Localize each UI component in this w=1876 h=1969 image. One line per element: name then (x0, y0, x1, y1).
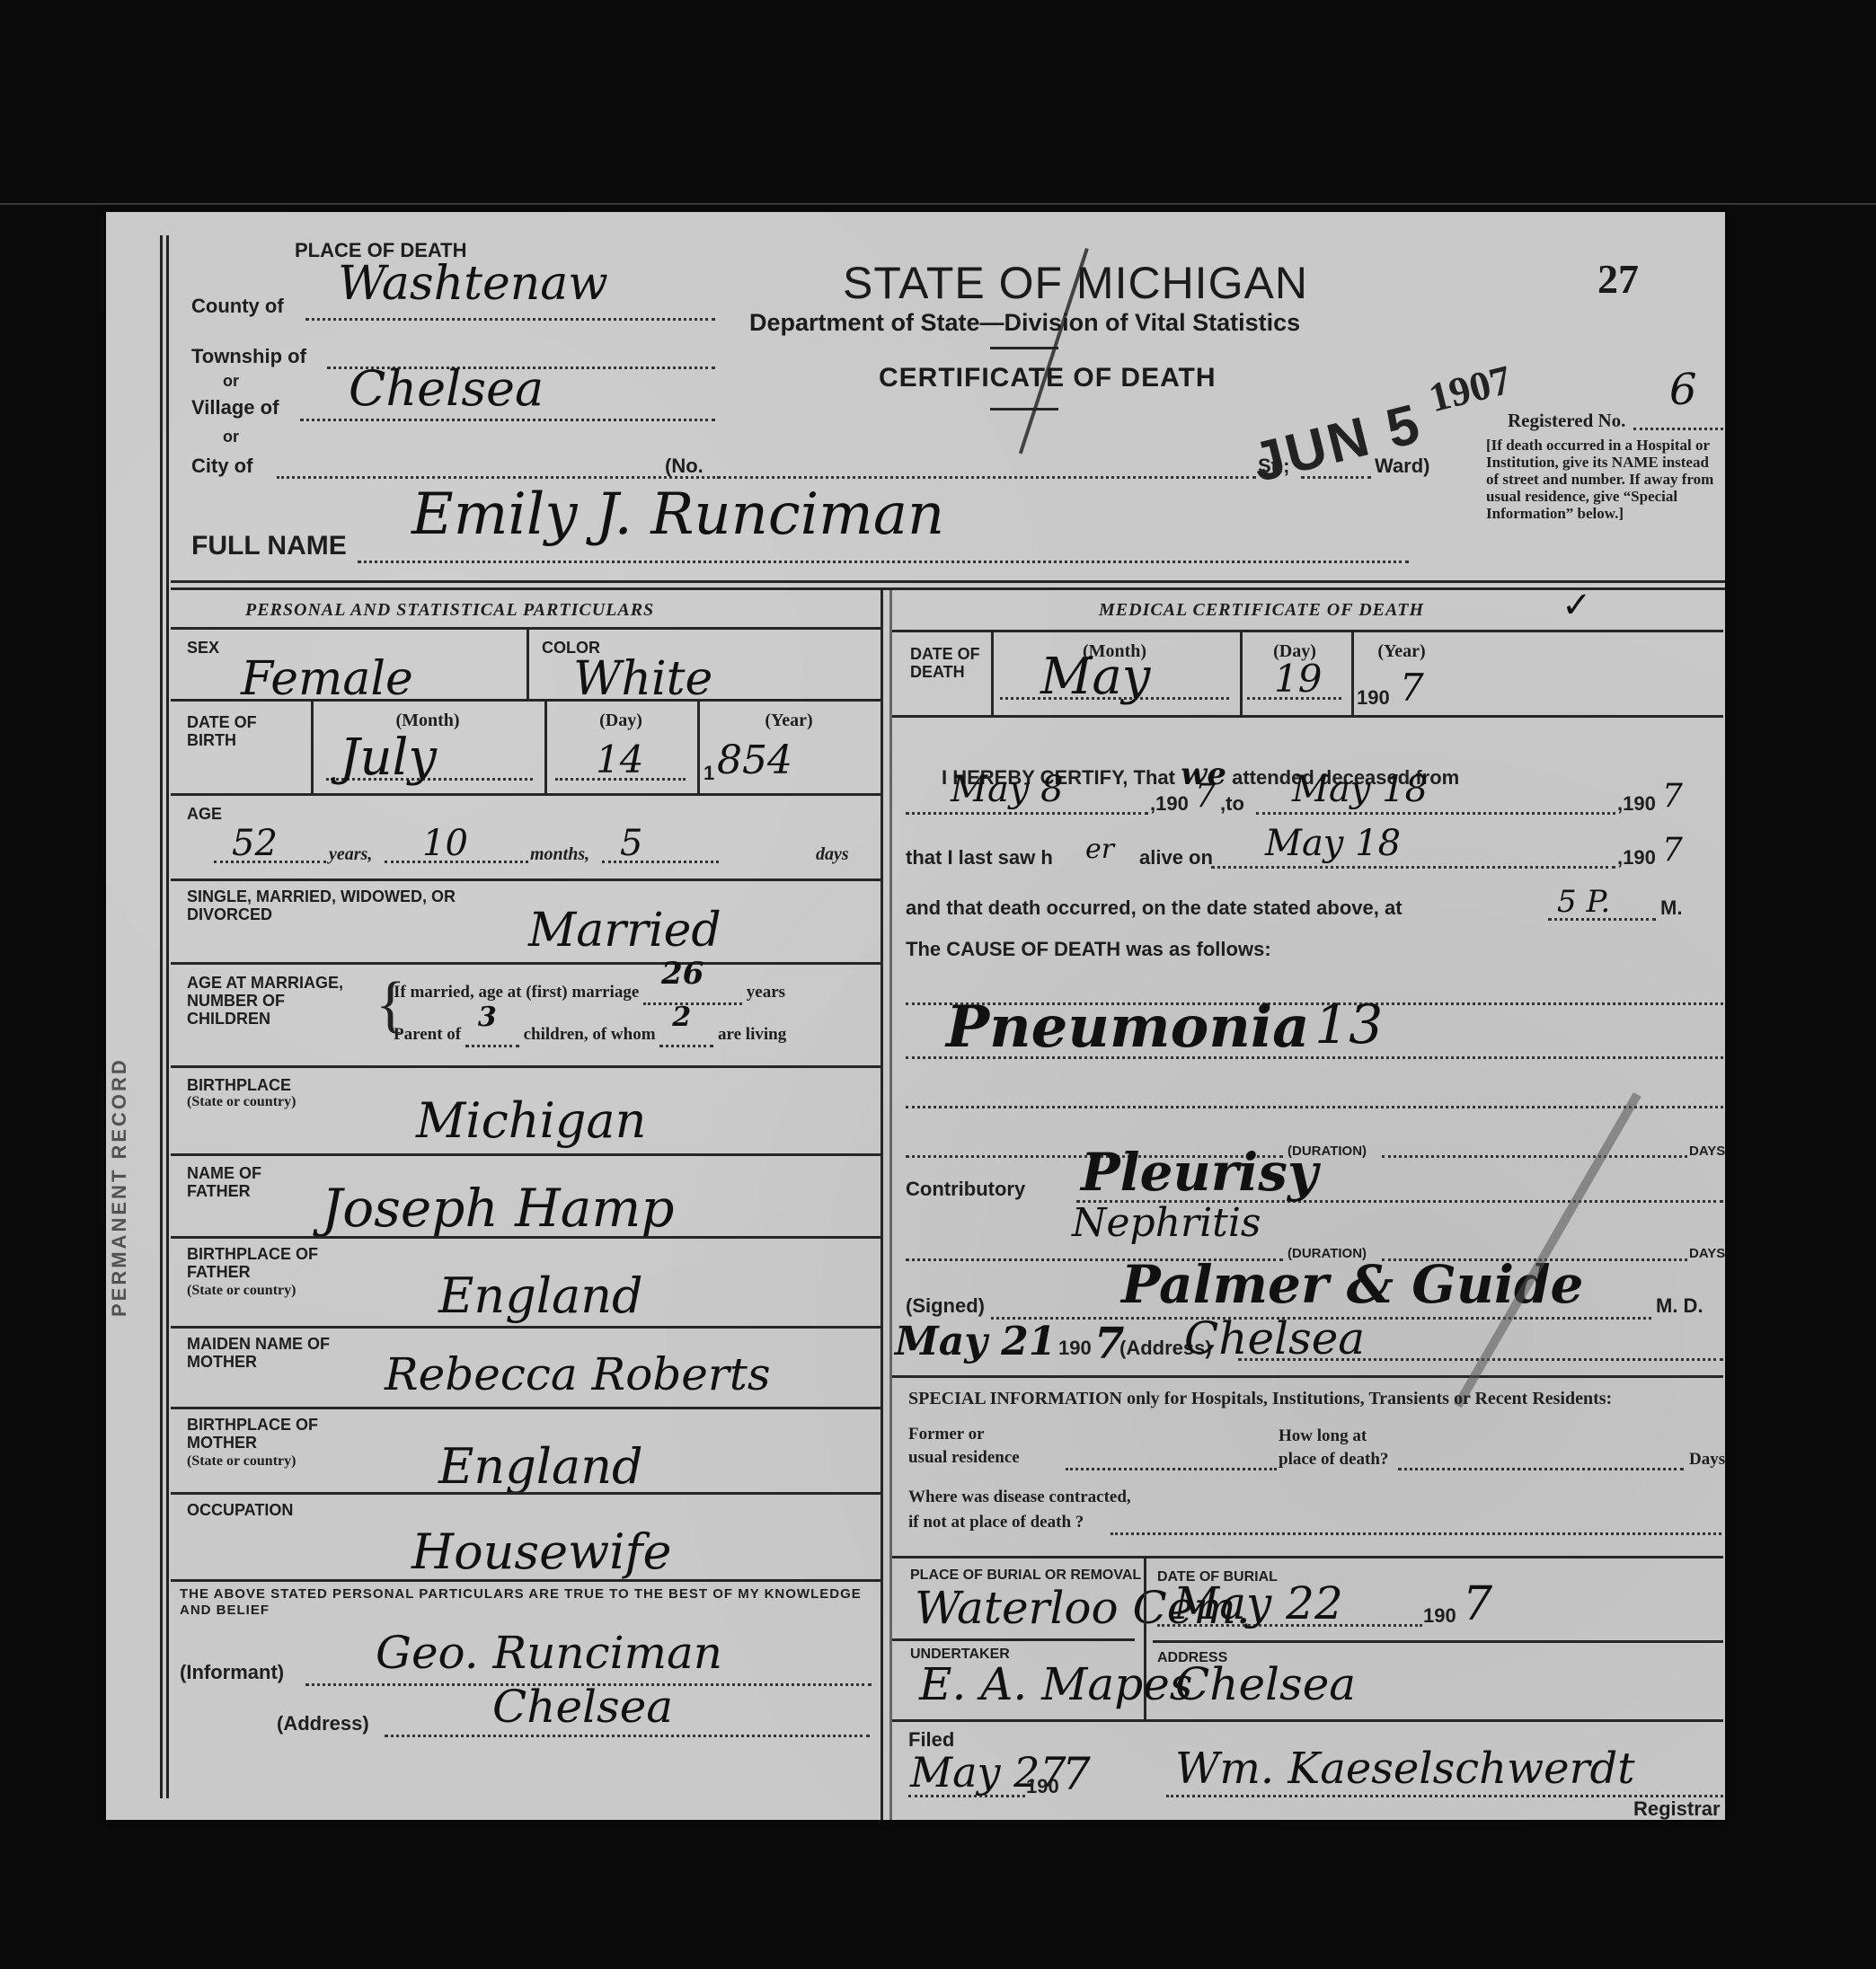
row-rule (171, 879, 880, 881)
county-label: County of (191, 295, 284, 318)
title-rule-bottom (990, 408, 1058, 411)
row-rule (171, 1065, 880, 1068)
signed-date: May 21 (895, 1319, 1056, 1364)
filed-year-prefix: 190 (1026, 1775, 1059, 1798)
row-rule (171, 962, 880, 965)
alive-on-label: alive on (1139, 846, 1213, 870)
how-long-line (1398, 1468, 1684, 1470)
informant-label: (Informant) (180, 1661, 284, 1684)
age-months-value: 10 (422, 823, 468, 864)
row-rule (171, 1492, 880, 1495)
last-saw-year: 7 (1662, 832, 1683, 869)
death-time-meridiem: M. (1660, 896, 1682, 920)
burial-year-prefix: 190 (1423, 1604, 1456, 1628)
how-long-unit: Days (1689, 1450, 1725, 1470)
occupation-label: OCCUPATION (187, 1501, 293, 1519)
sex-value: Female (241, 652, 413, 706)
attended-from-value: May 8 (951, 769, 1064, 810)
column-divider (880, 589, 883, 1820)
registrar-signature: Wm. Kaeselschwerdt (1175, 1744, 1635, 1794)
medical-heading: MEDICAL CERTIFICATE OF DEATH (1099, 600, 1424, 621)
burial-year-value: 7 (1463, 1577, 1492, 1631)
to-label: ,to (1220, 792, 1244, 816)
attended-to-year: 7 (1662, 778, 1683, 815)
city-line (277, 476, 715, 479)
marriage-age-value: 26 (661, 956, 703, 992)
dod-day-value: 19 (1274, 657, 1322, 701)
signed-year-prefix: 190 (1058, 1337, 1092, 1360)
stamp-date: JUN 5 (1246, 392, 1428, 495)
registrar-label: Registrar (1633, 1797, 1721, 1821)
informant-address-line (385, 1735, 870, 1737)
mother-maiden-name-value: Rebecca Roberts (385, 1348, 771, 1400)
registered-no-value: 6 (1669, 365, 1697, 415)
sex-label: SEX (187, 639, 219, 657)
mother-birthplace-label: BIRTHPLACE OF MOTHER (187, 1416, 331, 1452)
dod-month-value: May (1040, 648, 1150, 706)
village-line (300, 419, 715, 421)
how-long-label-1: How long at (1279, 1426, 1367, 1446)
birthplace-hint: (State or country) (187, 1094, 296, 1110)
dob-day-value: 14 (596, 737, 643, 781)
burial-date-value: May 22 (1173, 1577, 1343, 1629)
personal-heading: PERSONAL AND STATISTICAL PARTICULARS (245, 600, 654, 621)
dob-year-prefix: 1 (703, 762, 714, 785)
birthplace-label: BIRTHPLACE (187, 1076, 291, 1094)
township-label: Township of (191, 345, 306, 368)
row-rule (892, 1556, 1723, 1558)
attended-from-year: 7 (1195, 778, 1216, 815)
dod-year-heading: (Year) (1351, 641, 1452, 662)
row-rule (171, 627, 880, 630)
to-text: to (1226, 792, 1244, 815)
age-days-unit: days (816, 844, 849, 865)
row-rule (892, 715, 1723, 718)
row-rule (171, 1326, 880, 1329)
year-prefix: 190 (1623, 792, 1656, 815)
mother-birthplace-hint: (State or country) (187, 1453, 296, 1470)
registered-no-label: Registered No. (1508, 410, 1625, 432)
cause-of-death-value: Pneumonia (946, 993, 1310, 1061)
street-no-label: (No. (665, 455, 703, 478)
row-rule (171, 1153, 880, 1156)
death-time-value: 5 P. (1557, 884, 1610, 920)
father-name-label: NAME OF FATHER (187, 1164, 295, 1200)
column-divider (889, 589, 892, 1820)
informant-value: Geo. Runciman (376, 1627, 722, 1679)
children-count-value: 3 (478, 1002, 497, 1033)
attended-to-year-prefix: ,190 (1617, 792, 1656, 816)
full-name-value: Emily J. Runciman (411, 481, 944, 548)
row-rule (171, 1579, 880, 1582)
row-rule (892, 630, 1723, 632)
disease-contracted-label-2: if not at place of death ? (908, 1513, 1084, 1532)
dob-year-value: 854 (717, 737, 792, 783)
filed-year-value: 7 (1062, 1748, 1091, 1800)
title-rule-top (990, 347, 1058, 349)
days-label: DAYS (1689, 1245, 1725, 1263)
marital-status-label: SINGLE, MARRIED, WIDOWED, OR DIVORCED (187, 887, 456, 923)
color-value: White (573, 652, 712, 706)
contributory-value-1: Pleurisy (1081, 1142, 1318, 1203)
occupation-value: Housewife (411, 1523, 672, 1580)
or-text: or (223, 428, 239, 446)
former-residence-line (1066, 1468, 1277, 1470)
former-residence-label-1: Former or (908, 1425, 985, 1444)
contributory-label: Contributory (906, 1178, 1025, 1201)
mother-birthplace-value: England (438, 1438, 643, 1495)
age-months-unit: months, (530, 844, 589, 865)
marriage-age-unit: years (747, 983, 785, 1002)
age-at-marriage-label: AGE AT MARRIAGE, NUMBER OF CHILDREN (187, 974, 367, 1028)
attended-to-line (1256, 812, 1615, 815)
last-saw-label: that I last saw h (906, 846, 1053, 870)
cell-divider (527, 627, 529, 699)
village-value: Chelsea (349, 360, 544, 417)
section-rule (171, 587, 1725, 590)
children-text: Parent of 3 children, of whom 2 are livi… (394, 1025, 786, 1047)
marriage-age-prefix: If married, age at (first) marriage (394, 983, 639, 1002)
last-saw-date: May 18 (1265, 823, 1401, 864)
or-text: or (223, 372, 239, 390)
row-rule (892, 1719, 1723, 1722)
age-days-value: 5 (620, 823, 642, 864)
undertaker-address-value: Chelsea (1175, 1658, 1356, 1710)
how-long-label-2: place of death? (1279, 1450, 1388, 1470)
attestation-text: THE ABOVE STATED PERSONAL PARTICULARS AR… (180, 1586, 880, 1619)
dob-month-value: July (340, 728, 437, 787)
father-birthplace-hint: (State or country) (187, 1283, 296, 1299)
last-saw-line (1211, 866, 1615, 869)
mother-maiden-name-label: MAIDEN NAME OF MOTHER (187, 1335, 331, 1371)
cause-line-3 (906, 1106, 1723, 1108)
former-residence-label-2: usual residence (908, 1448, 1020, 1468)
street-line (717, 476, 1256, 479)
attended-to-value: May 18 (1292, 769, 1428, 810)
children-living-value: 2 (672, 1002, 691, 1033)
father-name-value: Joseph Hamp (322, 1178, 674, 1239)
dod-year-value: 7 (1400, 666, 1424, 710)
days-label: DAYS (1689, 1143, 1725, 1161)
duration-line (1382, 1155, 1687, 1158)
birthplace-value: Michigan (416, 1092, 646, 1149)
printed-certificate-number: 27 (1597, 255, 1639, 303)
age-years-unit: years, (329, 844, 372, 865)
age-years-value: 52 (232, 823, 278, 864)
disease-contracted-line (1111, 1532, 1721, 1535)
year-prefix: 190 (1155, 792, 1189, 815)
full-name-line (358, 561, 1409, 563)
last-saw-year-prefix: ,190 (1617, 846, 1656, 870)
margin-binding-text: PERMANENT RECORD (108, 508, 135, 1317)
registered-no-line (1633, 428, 1723, 430)
physician-address-value: Chelsea (1184, 1312, 1365, 1364)
last-saw-pronoun: er (1085, 834, 1114, 865)
father-birthplace-value: England (438, 1267, 643, 1324)
marriage-age-text: If married, age at (first) marriage 26 y… (394, 983, 785, 1005)
dob-label: DATE OF BIRTH (187, 713, 277, 749)
informant-address-value: Chelsea (492, 1681, 673, 1733)
city-label: City of (191, 455, 252, 478)
special-info-heading: SPECIAL INFORMATION only for Hospitals, … (908, 1389, 1612, 1409)
check-mark-icon: ✓ (1562, 585, 1592, 626)
dod-year-prefix: 190 (1357, 686, 1390, 710)
date-of-death-label: DATE OF DEATH (910, 645, 1000, 681)
row-rule (892, 1638, 1135, 1641)
stamp-year: 1907 (1424, 356, 1516, 422)
left-margin-rule (160, 235, 169, 1798)
village-label: Village of (191, 396, 279, 419)
age-label: AGE (187, 805, 222, 823)
row-rule (892, 1375, 1723, 1378)
cause-duration-value: 13 (1314, 993, 1383, 1056)
hospital-instruction-note: [If death occurred in a Hospital or Inst… (1486, 437, 1716, 522)
cause-of-death-label: The CAUSE OF DEATH was as follows: (906, 938, 1271, 961)
row-rule (171, 793, 880, 796)
informant-address-label: (Address) (277, 1712, 369, 1735)
contributory-value-2: Nephritis (1072, 1200, 1261, 1246)
county-value: Washtenaw (338, 257, 608, 311)
row-rule (171, 1407, 880, 1409)
marital-status-value: Married (528, 904, 721, 958)
undertaker-value: E. A. Mapes (919, 1658, 1192, 1710)
attended-from-line (906, 812, 1148, 815)
county-line (305, 318, 715, 321)
row-rule (171, 699, 880, 702)
father-birthplace-label: BIRTHPLACE OF FATHER (187, 1245, 322, 1281)
section-rule (171, 580, 1725, 583)
dob-year-heading: (Year) (697, 711, 880, 731)
children-mid: children, of whom (524, 1025, 656, 1044)
death-certificate: PERMANENT RECORD PLACE OF DEATH County o… (106, 212, 1725, 1820)
death-time-label: and that death occurred, on the date sta… (906, 896, 1403, 920)
md-label: M. D. (1656, 1294, 1703, 1318)
children-suffix: are living (718, 1025, 786, 1044)
scan-edge-line (0, 203, 1876, 205)
row-rule (171, 1236, 880, 1239)
full-name-label: FULL NAME (191, 531, 347, 561)
dob-day-heading: (Day) (544, 711, 697, 731)
disease-contracted-label-1: Where was disease contracted, (908, 1488, 1131, 1507)
row-rule (1153, 1640, 1723, 1643)
attended-from-year-prefix: ,190 (1150, 792, 1189, 816)
department-title: Department of State—Division of Vital St… (749, 309, 1300, 337)
year-prefix: 190 (1623, 846, 1656, 869)
children-prefix: Parent of (394, 1025, 461, 1044)
signed-label: (Signed) (906, 1294, 985, 1318)
